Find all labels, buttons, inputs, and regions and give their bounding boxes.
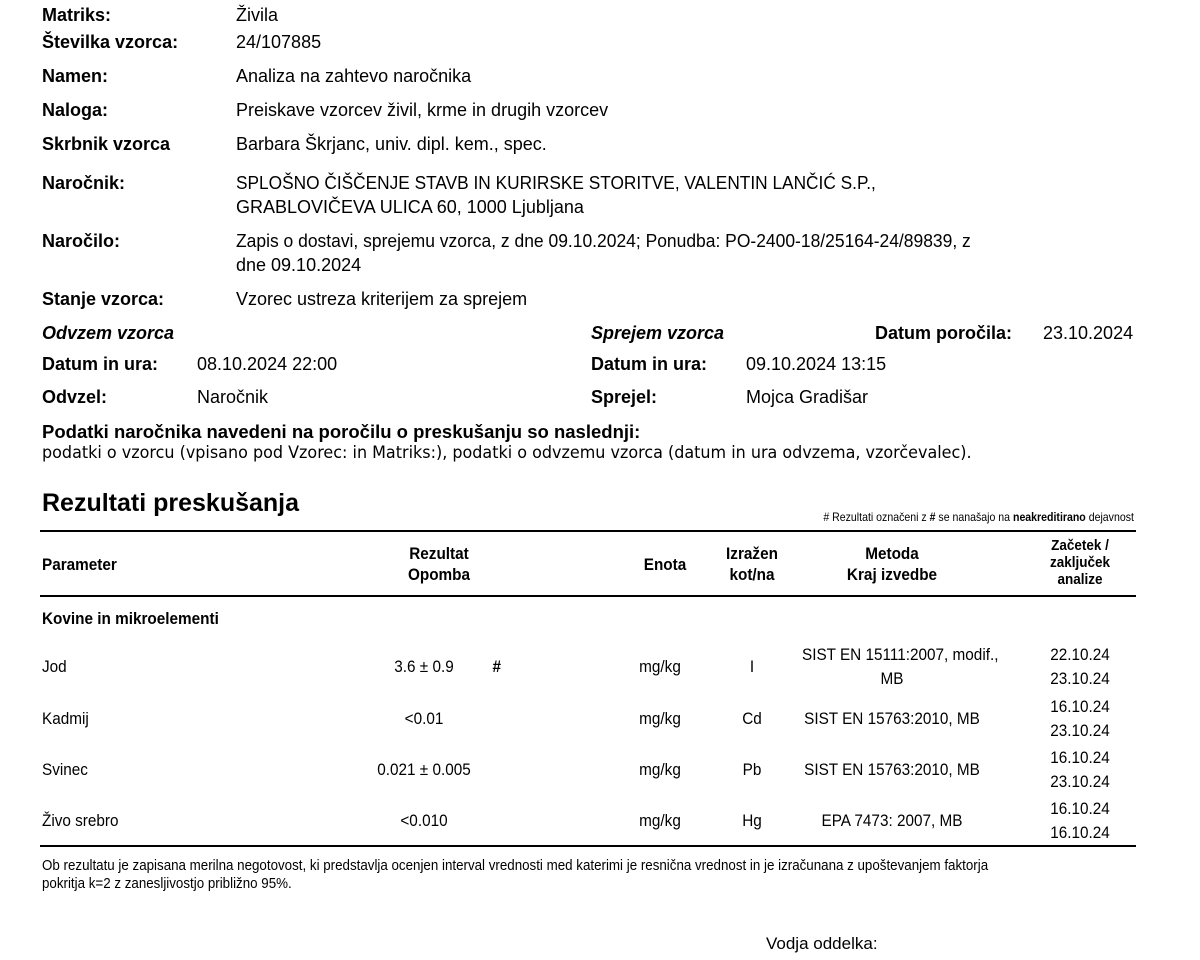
expressed-cell: I <box>716 655 788 679</box>
header-expressed: Izraženkot/na <box>716 543 788 585</box>
table-top-rule <box>40 530 1136 532</box>
result-cell: 3.6 ± 0.9 <box>352 655 496 679</box>
parameter-cell: Svinec <box>42 758 88 782</box>
received-by-label: Sprejel: <box>591 387 657 408</box>
result-cell: <0.01 <box>352 707 496 731</box>
analysis-dates-cell: 22.10.2423.10.24 <box>1035 643 1125 691</box>
custodian-label: Skrbnik vzorca <box>42 134 170 155</box>
sampling-title: Odvzem vzorca <box>42 323 174 344</box>
sample-number-label: Številka vzorca: <box>42 32 178 53</box>
client-value-line2: GRABLOVIČEVA ULICA 60, 1000 Ljubljana <box>236 197 584 218</box>
uncertainty-footnote: Ob rezultatu je zapisana merilna negotov… <box>42 857 988 893</box>
expressed-cell: Pb <box>716 758 788 782</box>
analysis-dates-cell: 16.10.2423.10.24 <box>1035 746 1125 794</box>
custodian-value: Barbara Škrjanc, univ. dipl. kem., spec. <box>236 134 547 155</box>
client-data-heading: Podatki naročnika navedeni na poročilu o… <box>42 421 640 443</box>
matrix-value: Živila <box>236 5 278 26</box>
method-cell: SIST EN 15763:2010, MB <box>802 758 982 782</box>
header-parameter: Parameter <box>42 554 117 575</box>
unit-cell: mg/kg <box>624 758 696 782</box>
header-method: MetodaKraj izvedbe <box>820 543 964 585</box>
expressed-cell: Cd <box>716 707 788 731</box>
parameter-cell: Jod <box>42 655 67 679</box>
report-date-label: Datum poročila: <box>875 323 1012 344</box>
client-label: Naročnik: <box>42 173 125 194</box>
method-cell: SIST EN 15763:2010, MB <box>802 707 982 731</box>
analysis-dates-cell: 16.10.2423.10.24 <box>1035 695 1125 743</box>
condition-label: Stanje vzorca: <box>42 289 164 310</box>
client-data-text: podatki o vzorcu (vpisano pod Vzorec: in… <box>42 443 972 463</box>
table-bottom-rule <box>40 845 1136 847</box>
order-label: Naročilo: <box>42 231 120 252</box>
result-cell: <0.010 <box>352 809 496 833</box>
task-value: Preiskave vzorcev živil, krme in drugih … <box>236 100 608 121</box>
unit-cell: mg/kg <box>624 707 696 731</box>
received-by-value: Mojca Gradišar <box>746 387 868 408</box>
header-result: RezultatOpomba <box>381 543 498 585</box>
non-accredited-note: # Rezultati označeni z # se nanašajo na … <box>823 510 1134 524</box>
parameter-cell: Živo srebro <box>42 809 119 833</box>
receipt-datetime-label: Datum in ura: <box>591 354 707 375</box>
unit-cell: mg/kg <box>624 809 696 833</box>
task-label: Naloga: <box>42 100 108 121</box>
client-value-line1: SPLOŠNO ČIŠČENJE STAVB IN KURIRSKE STORI… <box>236 173 876 194</box>
header-unit: Enota <box>629 554 701 575</box>
note-cell: # <box>492 655 501 679</box>
method-cell: SIST EN 15111:2007, modif.,MB <box>802 643 982 691</box>
purpose-value: Analiza na zahtevo naročnika <box>236 66 471 87</box>
sampled-by-value: Naročnik <box>197 387 268 408</box>
method-cell: EPA 7473: 2007, MB <box>802 809 982 833</box>
order-value-line1: Zapis o dostavi, sprejemu vzorca, z dne … <box>236 231 971 252</box>
receipt-title: Sprejem vzorca <box>591 323 724 344</box>
group-label: Kovine in mikroelementi <box>42 607 219 631</box>
order-value-line2: dne 09.10.2024 <box>236 255 361 276</box>
report-date-value: 23.10.2024 <box>1043 323 1133 344</box>
purpose-label: Namen: <box>42 66 108 87</box>
results-title: Rezultati preskušanja <box>42 489 299 518</box>
analysis-dates-cell: 16.10.2416.10.24 <box>1035 797 1125 845</box>
matrix-label: Matriks: <box>42 5 111 26</box>
receipt-datetime-value: 09.10.2024 13:15 <box>746 354 886 375</box>
expressed-cell: Hg <box>716 809 788 833</box>
condition-value: Vzorec ustreza kriterijem za sprejem <box>236 289 527 310</box>
header-dates: Začetek /zaključekanalize <box>1035 537 1125 588</box>
result-cell: 0.021 ± 0.005 <box>352 758 496 782</box>
sampling-datetime-value: 08.10.2024 22:00 <box>197 354 337 375</box>
header-bottom-rule <box>40 595 1136 597</box>
signature-role: Vodja oddelka: <box>766 934 878 954</box>
sampled-by-label: Odvzel: <box>42 387 107 408</box>
sample-number-value: 24/107885 <box>236 32 321 53</box>
parameter-cell: Kadmij <box>42 707 89 731</box>
sampling-datetime-label: Datum in ura: <box>42 354 158 375</box>
unit-cell: mg/kg <box>624 655 696 679</box>
